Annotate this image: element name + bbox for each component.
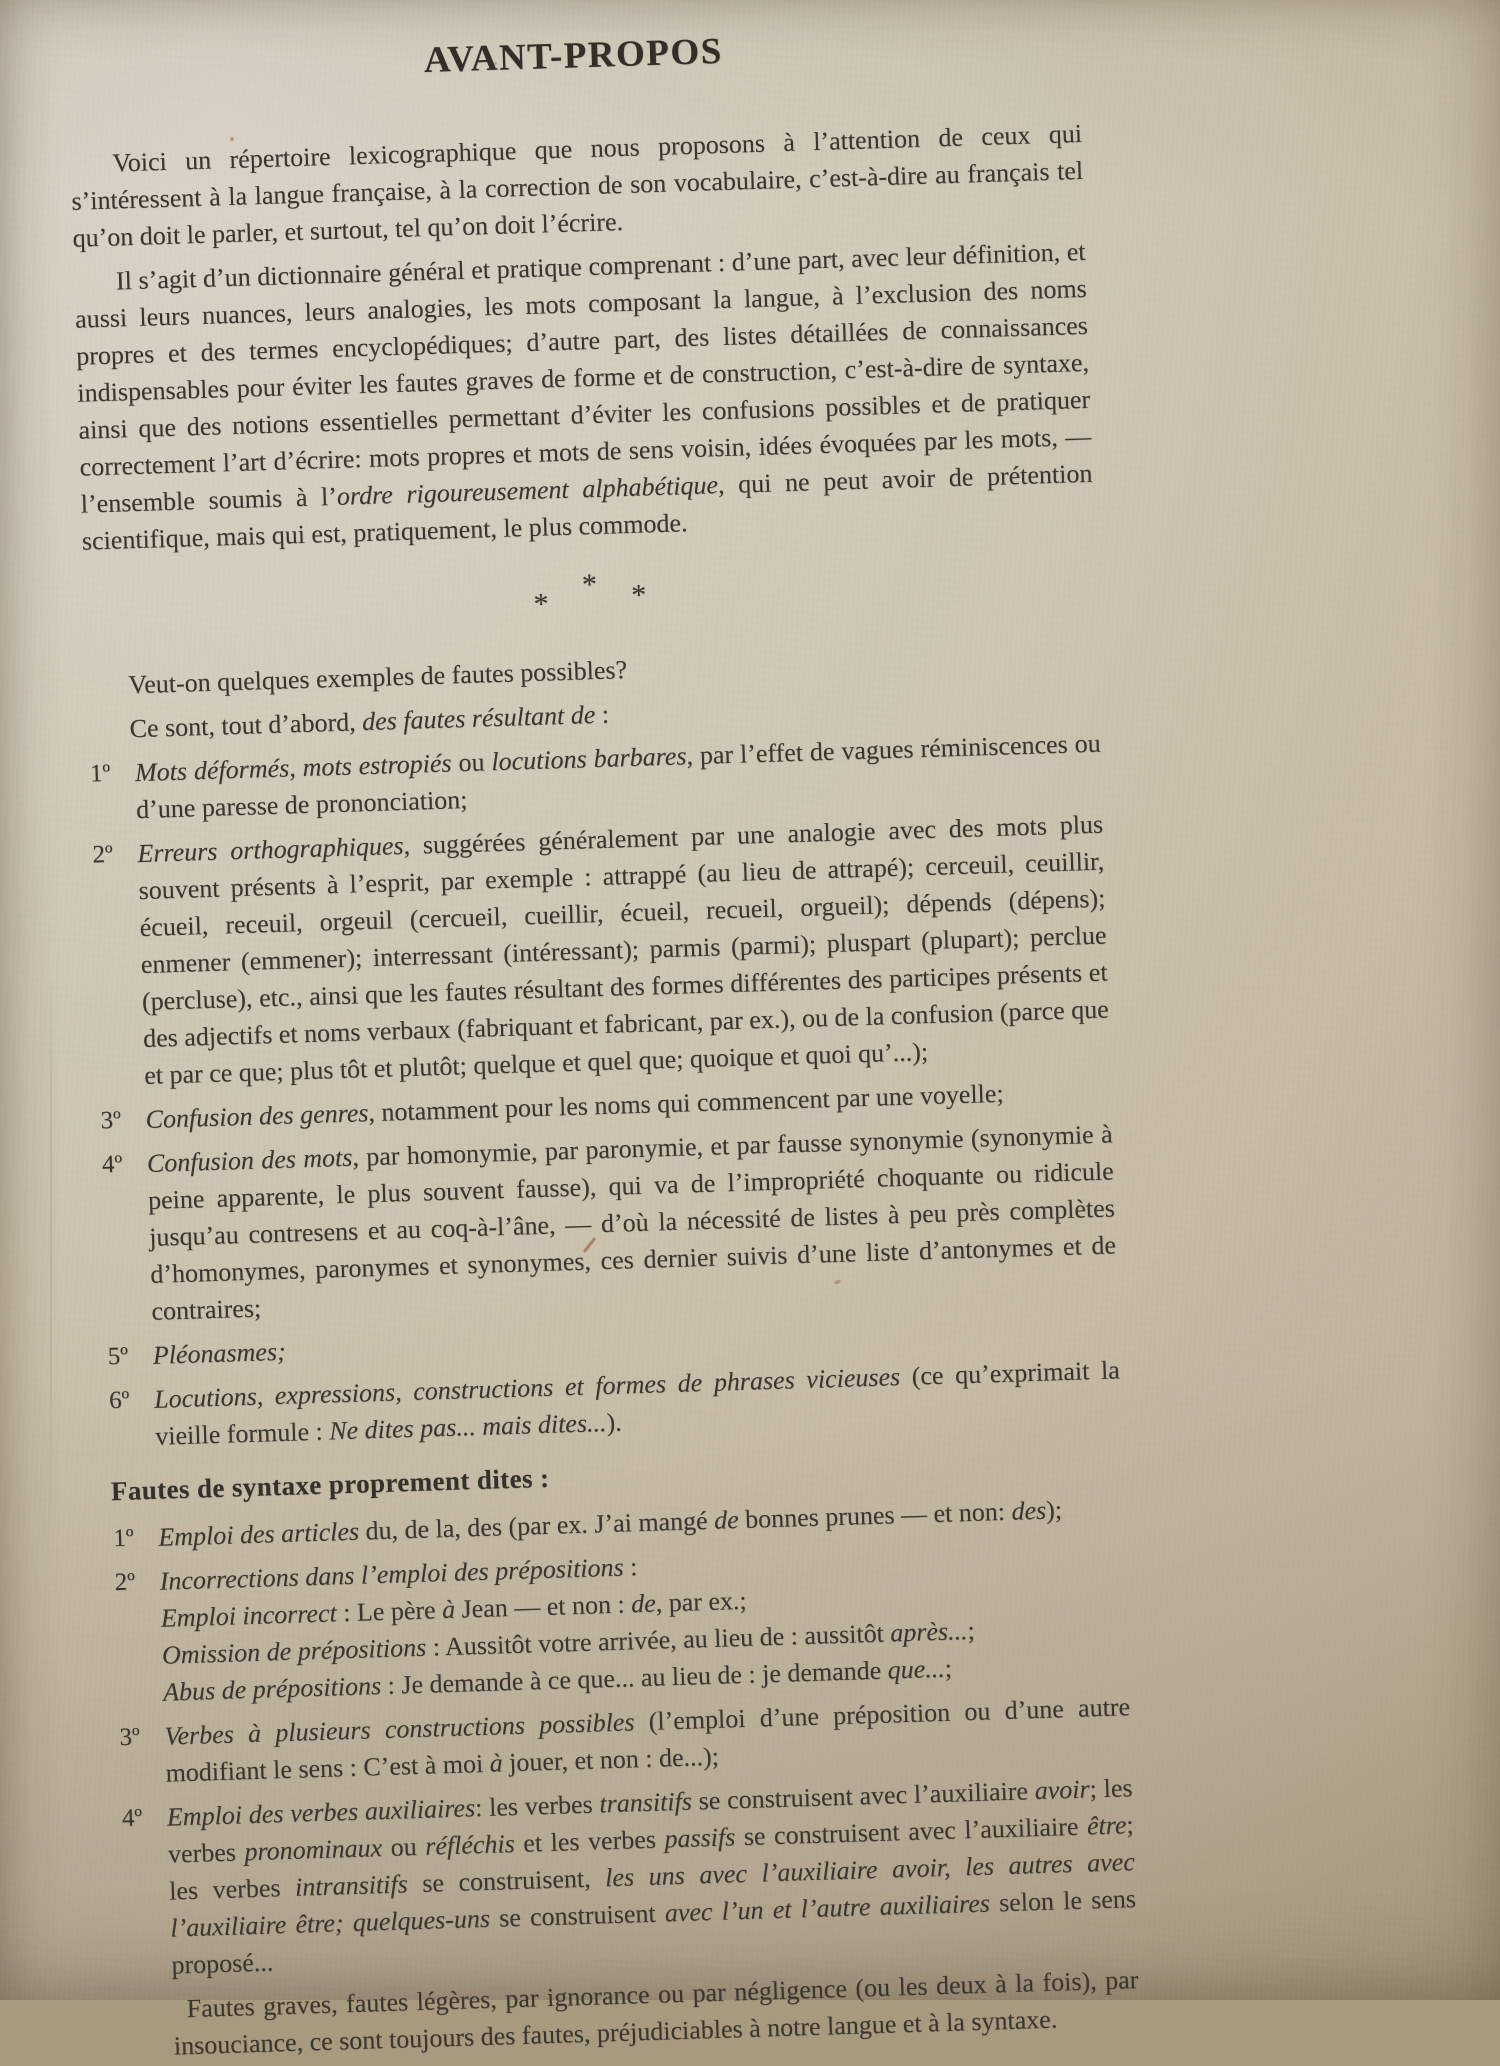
- text-run: réfléchis: [425, 1829, 515, 1861]
- asterisk: *: [582, 570, 598, 614]
- text-run: ).: [606, 1408, 622, 1437]
- item-number: 1º: [113, 1520, 134, 1558]
- text-run: avoir: [1034, 1774, 1090, 1805]
- text-run: quelques-uns: [352, 1904, 490, 1937]
- text-run: avec l’un et l’autre auxiliaires: [664, 1889, 990, 1928]
- text-run: Voici un répertoire lexicographique que …: [71, 119, 1083, 253]
- text-run: jouer, et non : de...);: [502, 1742, 719, 1778]
- text-run: se construisent,: [407, 1863, 605, 1898]
- text-run: bonnes prunes — et non:: [738, 1497, 1012, 1534]
- book-page: AVANT-PROPOS Voici un répertoire lexicog…: [0, 0, 1500, 2000]
- item-text: Emploi des verbes auxiliaires: les verbe…: [166, 1769, 1137, 1983]
- text-run: Ne dites pas... mais dites...: [329, 1408, 607, 1445]
- page-title: AVANT-PROPOS: [67, 19, 1080, 94]
- text-run: Confusion des mots: [147, 1143, 353, 1178]
- text-run: Emploi des articles: [158, 1517, 360, 1552]
- text-run: Fautes de syntaxe proprement dites :: [110, 1463, 549, 1506]
- text-run: Omission de prépositions: [162, 1633, 427, 1670]
- page-content: Voici un répertoire lexicographique que …: [70, 115, 1140, 2000]
- page-sheet: AVANT-PROPOS Voici un répertoire lexicog…: [67, 19, 1140, 2000]
- text-run: : Le père: [336, 1595, 442, 1627]
- text-run: , par ex.;: [655, 1586, 747, 1618]
- text-run: ,: [289, 753, 303, 782]
- text-run: Abus de prépositions: [163, 1671, 382, 1707]
- text-run: Veut-on quelques exemples de fautes poss…: [128, 655, 628, 699]
- numbered-list: 1ºEmploi des articles du, de la, des (pa…: [112, 1489, 1138, 1985]
- paragraph: Voici un répertoire lexicographique que …: [70, 115, 1085, 257]
- text-run: des fautes résultant de: [362, 700, 596, 736]
- text-run: mots estropiés: [302, 748, 452, 782]
- text-run: ;: [967, 1616, 975, 1645]
- item-number: 3º: [119, 1718, 140, 1756]
- text-run: intransitifs: [295, 1869, 409, 1901]
- text-run: ou: [451, 747, 492, 777]
- item-number: 6º: [109, 1382, 130, 1420]
- text-run: Pléonasmes;: [152, 1337, 286, 1370]
- text-run: Erreurs orthographiques: [137, 831, 404, 868]
- text-run: de: [714, 1505, 739, 1535]
- item-number: 1º: [89, 755, 110, 793]
- text-run: locutions barbares: [491, 741, 687, 776]
- text-run: Verbes à plusieurs constructions possibl…: [164, 1707, 635, 1750]
- text-run: : les verbes: [475, 1789, 600, 1822]
- text-run: transitifs: [599, 1787, 692, 1819]
- item-number: 3º: [100, 1102, 121, 1140]
- list-item: 4ºEmploi des verbes auxiliaires: les ver…: [120, 1769, 1137, 1985]
- text-run: passifs: [664, 1822, 736, 1853]
- text-run: ordre rigoureusement alphabétique: [336, 470, 718, 511]
- text-run: Jean — et non :: [455, 1589, 632, 1623]
- text-run: Ce sont, tout d’abord,: [129, 707, 362, 743]
- text-run: des: [1011, 1496, 1047, 1526]
- list-item: 2ºErreurs orthographiques, suggérées gén…: [91, 806, 1110, 1096]
- text-run: que...: [887, 1654, 945, 1685]
- text-run: Emploi incorrect: [160, 1598, 337, 1632]
- list-item: 4ºConfusion des mots, par homonymie, par…: [100, 1115, 1117, 1331]
- text-run: ;: [944, 1654, 952, 1683]
- text-run: à: [489, 1748, 503, 1777]
- paper-crease: [50, 960, 52, 1540]
- text-run: être: [1086, 1810, 1126, 1840]
- item-text: Erreurs orthographiques, suggérées génér…: [137, 806, 1110, 1094]
- item-number: 4º: [101, 1146, 122, 1184]
- text-run: :: [595, 700, 610, 729]
- item-number: 2º: [114, 1564, 135, 1602]
- text-run: après...: [890, 1616, 968, 1647]
- text-run: :: [623, 1552, 638, 1581]
- text-run: se construisent: [489, 1899, 665, 1933]
- text-run: Emploi des verbes auxiliaires: [166, 1793, 475, 1831]
- text-run: ou: [382, 1832, 426, 1862]
- text-run: pronominaux: [244, 1833, 383, 1866]
- text-run: de: [631, 1589, 656, 1619]
- section-divider: ***: [83, 559, 1096, 634]
- asterisk: *: [631, 580, 647, 624]
- text-run: se construisent avec l’auxiliaire: [735, 1812, 1088, 1852]
- paragraph: Il s’agit d’un dictionnaire général et p…: [73, 233, 1094, 560]
- text-run: se construisent avec l’auxiliaire: [691, 1776, 1035, 1815]
- asterisk: *: [533, 589, 549, 633]
- item-number: 4º: [121, 1799, 142, 1837]
- text-run: Mots déformés: [135, 753, 290, 787]
- numbered-list: 1ºMots déformés, mots estropiés ou locut…: [88, 725, 1121, 1457]
- text-run: Confusion des genres: [145, 1098, 369, 1134]
- item-number: 2º: [92, 836, 113, 874]
- item-number: 5º: [107, 1338, 128, 1376]
- text-run: et les verbes: [514, 1824, 665, 1858]
- item-text: Confusion des mots, par homonymie, par p…: [146, 1115, 1117, 1329]
- text-run: , notamment pour les noms qui commencent…: [368, 1079, 1004, 1127]
- text-run: du, de la, des (par ex. J’ai mangé: [359, 1506, 715, 1546]
- list-item: 2ºIncorrections dans l’emploi des prépos…: [113, 1533, 1129, 1712]
- text-run: );: [1046, 1495, 1063, 1524]
